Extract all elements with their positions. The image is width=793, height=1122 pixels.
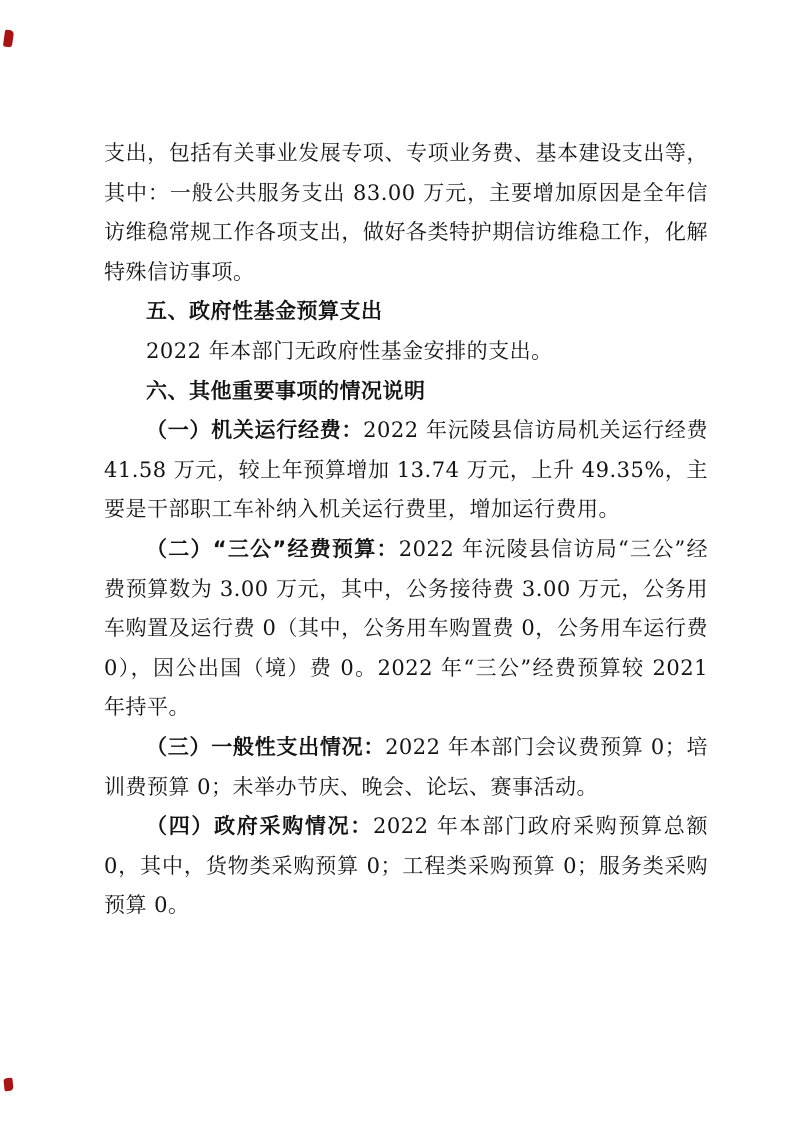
document-page: 支出，包括有关事业发展专项、专项业务费、基本建设支出等，其中：一般公共服务支出 … (0, 0, 793, 1122)
paragraph-agency-operating-funds: （一）机关运行经费：2022 年沅陵县信访局机关运行经费 41.58 万元，较上… (104, 411, 708, 530)
scan-artifact-bottom-left (3, 1078, 13, 1092)
scan-artifact-top-left (3, 29, 14, 47)
heading-section-6-other-important-matters: 六、其他重要事项的情况说明 (104, 372, 708, 412)
paragraph-no-government-fund: 2022 年本部门无政府性基金安排的支出。 (104, 332, 708, 372)
paragraph-text-three-public-expenses-budget: 2022 年沅陵县信访局“三公”经费预算数为 3.00 万元，其中，公务接待费 … (104, 537, 708, 719)
paragraph-lead-three-public-expenses-budget: （二）“三公”经费预算： (146, 537, 399, 561)
paragraph-lead-general-expenditure: （三）一般性支出情况： (146, 735, 385, 759)
heading-section-5-government-fund-budget: 五、政府性基金预算支出 (104, 292, 708, 332)
paragraph-lead-agency-operating-funds: （一）机关运行经费： (146, 418, 363, 442)
document-body: 支出，包括有关事业发展专项、专项业务费、基本建设支出等，其中：一般公共服务支出 … (104, 134, 708, 926)
paragraph-general-expenditure: （三）一般性支出情况：2022 年本部门会议费预算 0；培训费预算 0；未举办节… (104, 728, 708, 807)
paragraph-government-procurement: （四）政府采购情况：2022 年本部门政府采购预算总额 0，其中，货物类采购预算… (104, 807, 708, 926)
paragraph-expenditure-continuation: 支出，包括有关事业发展专项、专项业务费、基本建设支出等，其中：一般公共服务支出 … (104, 134, 708, 292)
paragraph-three-public-expenses-budget: （二）“三公”经费预算：2022 年沅陵县信访局“三公”经费预算数为 3.00 … (104, 530, 708, 728)
paragraph-lead-government-procurement: （四）政府采购情况： (146, 814, 373, 838)
